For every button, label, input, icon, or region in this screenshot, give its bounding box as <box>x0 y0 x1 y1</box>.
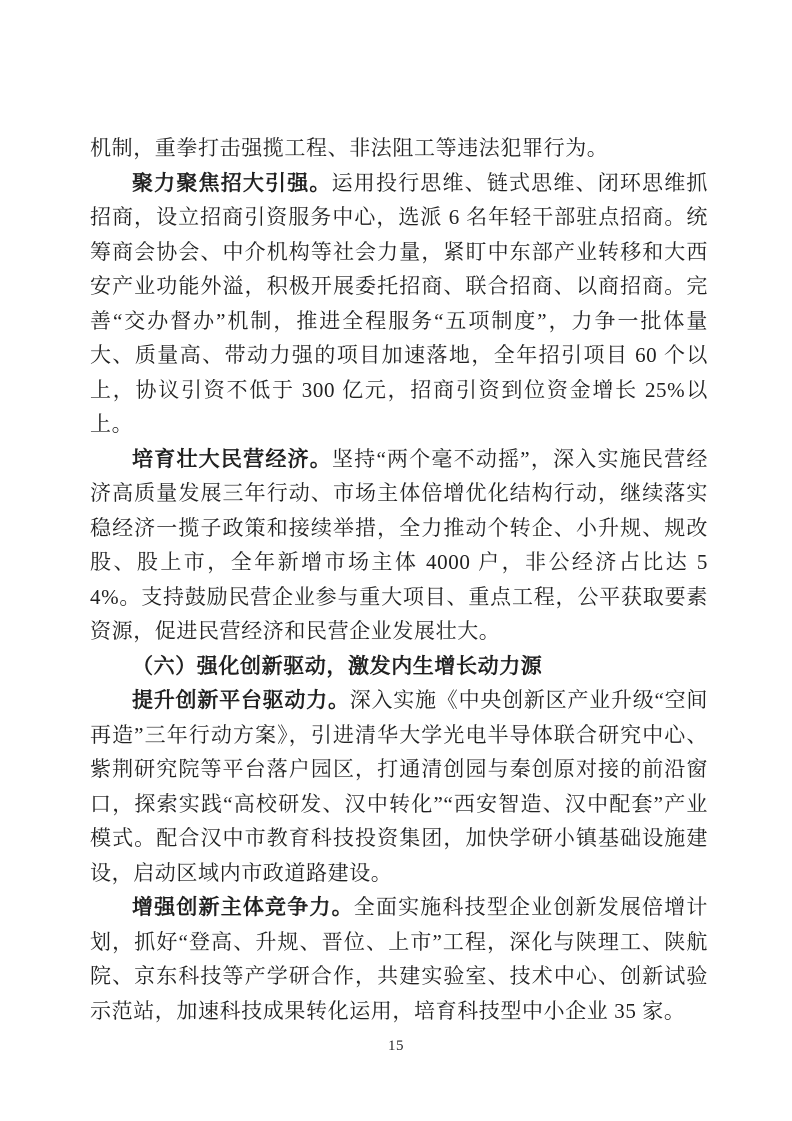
paragraph: 增强创新主体竞争力。全面实施科技型企业创新发展倍增计划，抓好“登高、升规、晋位、… <box>90 890 708 1028</box>
paragraph-lead: 聚力聚焦招大引强。 <box>132 171 332 195</box>
paragraph-lead: 提升创新平台驱动力。 <box>132 688 350 712</box>
paragraph-lead: 增强创新主体竞争力。 <box>132 895 354 919</box>
paragraph-lead: 培育壮大民营经济。 <box>132 447 332 471</box>
paragraph: 聚力聚焦招大引强。运用投行思维、链式思维、闭环思维抓招商，设立招商引资服务中心，… <box>90 166 708 442</box>
paragraph-text: 机制，重拳打击强揽工程、非法阻工等违法犯罪行为。 <box>90 136 608 160</box>
paragraph: 培育壮大民营经济。坚持“两个毫不动摇”，深入实施民营经济高质量发展三年行动、市场… <box>90 442 708 649</box>
document-page: 机制，重拳打击强揽工程、非法阻工等违法犯罪行为。聚力聚焦招大引强。运用投行思维、… <box>0 0 792 1121</box>
paragraph-text: 深入实施《中央创新区产业升级“空间再造”三年行动方案》，引进清华大学光电半导体联… <box>90 688 708 885</box>
section-heading-text: （六）强化创新驱动，激发内生增长动力源 <box>132 654 542 678</box>
paragraph: 机制，重拳打击强揽工程、非法阻工等违法犯罪行为。 <box>90 131 708 166</box>
paragraph-text: 坚持“两个毫不动摇”，深入实施民营经济高质量发展三年行动、市场主体倍增优化结构行… <box>90 447 708 644</box>
paragraph-text: 运用投行思维、链式思维、闭环思维抓招商，设立招商引资服务中心，选派 6 名年轻干… <box>90 171 708 437</box>
text-block: 机制，重拳打击强揽工程、非法阻工等违法犯罪行为。聚力聚焦招大引强。运用投行思维、… <box>90 131 708 1028</box>
section-heading: （六）强化创新驱动，激发内生增长动力源 <box>90 649 708 684</box>
page-number: 15 <box>0 1036 792 1056</box>
paragraph: 提升创新平台驱动力。深入实施《中央创新区产业升级“空间再造”三年行动方案》，引进… <box>90 683 708 890</box>
